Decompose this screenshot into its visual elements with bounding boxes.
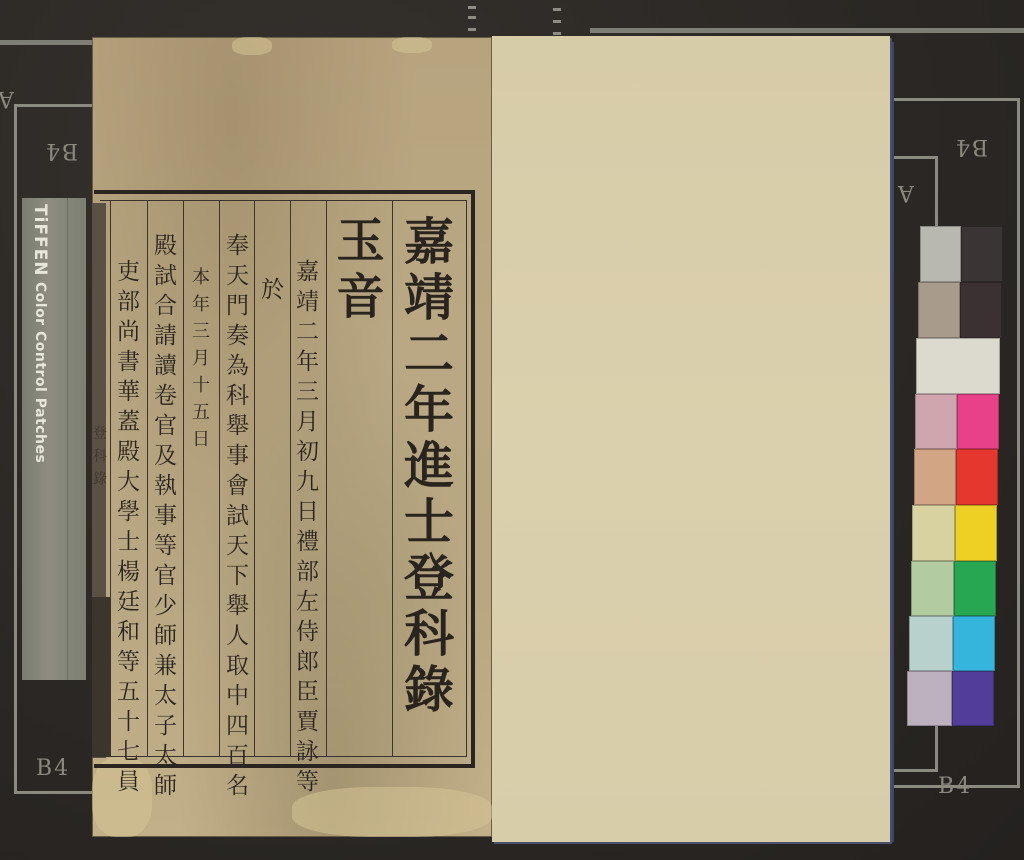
b4-label-bottom-left: B4 bbox=[36, 756, 70, 781]
patch-white bbox=[916, 338, 1000, 394]
fold-edge-dark bbox=[92, 597, 110, 757]
patch-pale-violet bbox=[907, 671, 952, 726]
book-title-column: 嘉靖二年進士登科錄 bbox=[400, 215, 450, 719]
patch-pale-green bbox=[911, 561, 954, 616]
margin-note: 登科錄 bbox=[92, 425, 106, 494]
b4-label-bottom-right: B4 bbox=[938, 774, 972, 799]
tiffen-brand: TiFFEN bbox=[30, 204, 50, 277]
patch-pale-yellow bbox=[912, 505, 955, 561]
text-column-7: 殿試合請讀卷官及執事等官少師兼太子太師 bbox=[151, 233, 174, 803]
tiffen-color-strip: TiFFEN Color Control Patches bbox=[22, 198, 86, 680]
patch-green bbox=[954, 561, 996, 616]
left-guide-bar bbox=[0, 40, 98, 45]
tick-mark bbox=[553, 20, 561, 23]
patch-cyan bbox=[953, 616, 995, 671]
patch-pale-pink bbox=[915, 394, 957, 449]
tiffen-label: TiFFEN Color Control Patches bbox=[30, 204, 50, 463]
tick-mark bbox=[553, 8, 561, 11]
left-book-page: 嘉靖二年進士登科錄 玉音 嘉靖二年三月初九日禮部左侍郎臣賈詠等 於 奉天門奏為科… bbox=[92, 37, 492, 837]
column-rule bbox=[183, 201, 184, 757]
text-column-5: 奉天門奏為科舉事會試天下舉人取中四百名 bbox=[223, 233, 246, 803]
a4-label-top-left: A bbox=[0, 86, 14, 111]
text-column-4: 於 bbox=[258, 277, 281, 307]
column-rule bbox=[290, 201, 291, 757]
paper-stain bbox=[292, 787, 492, 837]
patch-warm-gray bbox=[918, 282, 960, 338]
tick-mark bbox=[468, 6, 476, 9]
patch-red bbox=[956, 449, 998, 505]
top-guide-bar bbox=[590, 28, 1024, 33]
paper-stain bbox=[392, 37, 432, 53]
column-rule bbox=[219, 201, 220, 757]
a4-label-top-right: A bbox=[896, 180, 914, 205]
text-column-8: 吏部尚書華蓋殿大學士楊廷和等五十七員 bbox=[114, 259, 137, 799]
tick-mark bbox=[468, 28, 476, 31]
b4-label-top-right: B4 bbox=[954, 134, 988, 159]
patch-yellow bbox=[955, 505, 997, 561]
text-column-3: 嘉靖二年三月初九日禮部左侍郎臣賈詠等 bbox=[293, 259, 316, 799]
patch-pale-cyan bbox=[909, 616, 953, 671]
column-rule bbox=[147, 201, 148, 757]
tiffen-ruler bbox=[67, 198, 82, 680]
patch-violet bbox=[952, 671, 994, 726]
column-rule bbox=[254, 201, 255, 757]
column-rule bbox=[392, 201, 393, 757]
text-column-yuyin: 玉音 bbox=[332, 215, 380, 327]
b4-label-top-left: B4 bbox=[44, 138, 78, 163]
column-rule bbox=[110, 201, 111, 757]
tick-mark bbox=[553, 32, 561, 35]
paper-stain bbox=[232, 37, 272, 55]
patch-dark-gray bbox=[961, 226, 1003, 282]
tick-mark bbox=[468, 16, 476, 19]
right-book-page-blank bbox=[492, 36, 890, 842]
text-column-6: 本年三月十五日 bbox=[190, 267, 208, 456]
patch-black-brown bbox=[960, 282, 1002, 338]
patch-pale-orange bbox=[914, 449, 956, 505]
column-rule bbox=[326, 201, 327, 757]
color-control-patches bbox=[906, 226, 1002, 726]
patch-magenta bbox=[957, 394, 999, 449]
tiffen-caption: Color Control Patches bbox=[32, 282, 48, 463]
patch-light-gray bbox=[920, 226, 961, 282]
